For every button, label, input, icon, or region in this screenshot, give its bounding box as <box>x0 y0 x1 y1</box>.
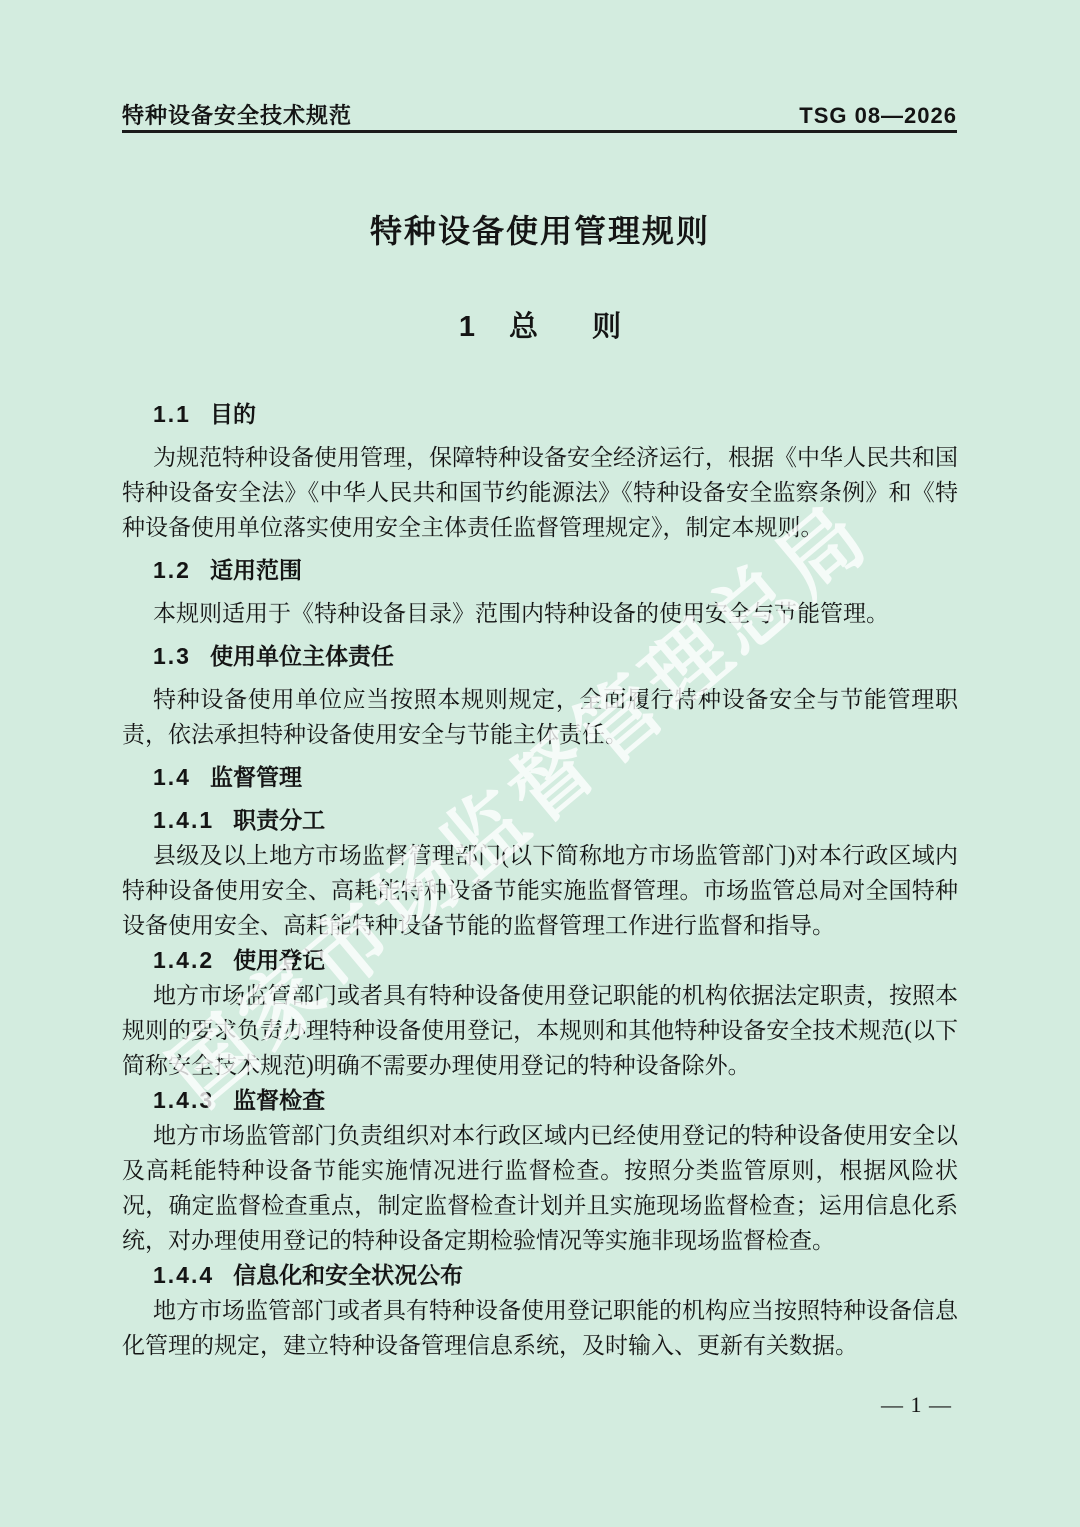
chapter-number: 1 <box>459 311 475 343</box>
page-header: 特种设备安全技术规范 TSG 08—2026 <box>122 99 957 130</box>
paragraph: 县级及以上地方市场监督管理部门(以下简称地方市场监管部门)对本行政区域内特种设备… <box>122 838 958 943</box>
section-number: 1.1 <box>153 401 191 427</box>
section-heading-1.1: 1.1目的 <box>122 397 958 432</box>
paragraph: 特种设备使用单位应当按照本规则规定，全面履行特种设备安全与节能管理职责，依法承担… <box>122 682 958 752</box>
section-title: 使用单位主体责任 <box>210 643 394 669</box>
section-heading-1.4.3: 1.4.3监督检查 <box>122 1083 958 1118</box>
section-title: 信息化和安全状况公布 <box>233 1262 463 1288</box>
document-body: 1.1目的为规范特种设备使用管理，保障特种设备安全经济运行，根据《中华人民共和国… <box>122 389 958 1363</box>
section-title: 适用范围 <box>210 557 302 583</box>
document-page: 特种设备安全技术规范 TSG 08—2026 特种设备使用管理规则 1 总 则 … <box>0 0 1080 1527</box>
section-title: 目的 <box>210 401 256 427</box>
section-title: 使用登记 <box>233 947 325 973</box>
section-number: 1.4.1 <box>153 807 214 833</box>
header-spec-name: 特种设备安全技术规范 <box>122 99 352 130</box>
section-heading-1.2: 1.2适用范围 <box>122 553 958 588</box>
section-heading-1.4.4: 1.4.4信息化和安全状况公布 <box>122 1258 958 1293</box>
chapter-title-char-2: 则 <box>592 311 621 343</box>
chapter-title-char-1: 总 <box>509 311 538 343</box>
section-heading-1.3: 1.3使用单位主体责任 <box>122 639 958 674</box>
section-number: 1.4.2 <box>153 947 214 973</box>
section-number: 1.4.4 <box>153 1262 214 1288</box>
section-number: 1.4 <box>153 764 191 790</box>
section-number: 1.4.3 <box>153 1087 214 1113</box>
section-heading-1.4.2: 1.4.2使用登记 <box>122 943 958 978</box>
header-doc-code: TSG 08—2026 <box>799 103 957 129</box>
paragraph: 地方市场监管部门或者具有特种设备使用登记职能的机构应当按照特种设备信息化管理的规… <box>122 1293 958 1363</box>
page-number: — 1 — <box>881 1392 952 1418</box>
section-heading-1.4.1: 1.4.1职责分工 <box>122 803 958 838</box>
section-number: 1.3 <box>153 643 191 669</box>
section-title: 监督检查 <box>233 1087 325 1113</box>
paragraph: 为规范特种设备使用管理，保障特种设备安全经济运行，根据《中华人民共和国特种设备安… <box>122 440 958 545</box>
chapter-heading: 1 总 则 <box>0 304 1080 345</box>
section-number: 1.2 <box>153 557 191 583</box>
paragraph: 地方市场监管部门或者具有特种设备使用登记职能的机构依据法定职责，按照本规则的要求… <box>122 978 958 1083</box>
section-title: 监督管理 <box>210 764 302 790</box>
paragraph: 本规则适用于《特种设备目录》范围内特种设备的使用安全与节能管理。 <box>122 596 958 631</box>
section-title: 职责分工 <box>233 807 325 833</box>
section-heading-1.4: 1.4监督管理 <box>122 760 958 795</box>
document-title: 特种设备使用管理规则 <box>0 206 1080 252</box>
header-rule <box>122 130 957 133</box>
paragraph: 地方市场监管部门负责组织对本行政区域内已经使用登记的特种设备使用安全以及高耗能特… <box>122 1118 958 1258</box>
